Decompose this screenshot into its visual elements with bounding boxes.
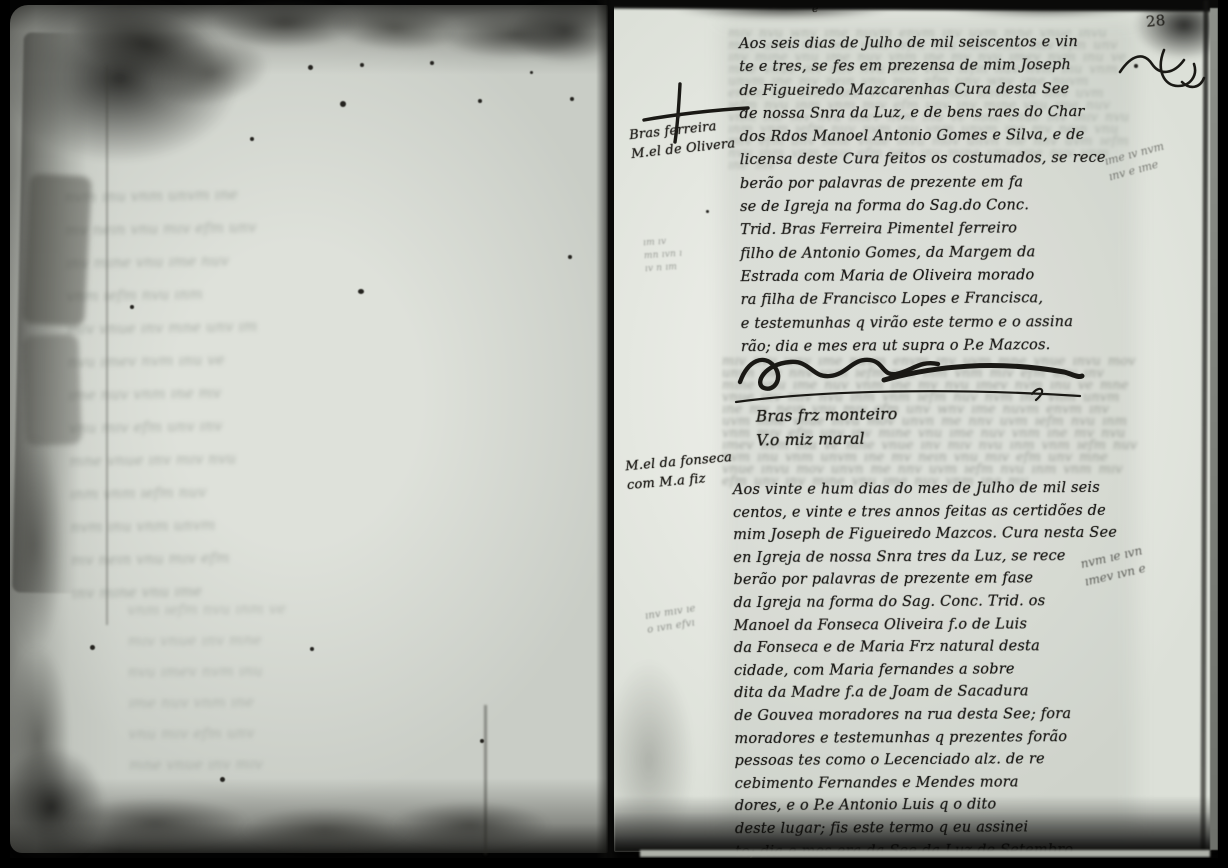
ink-speck [480,739,484,743]
ink-speck [676,114,680,118]
record-text: Aos seis dias de Julho de mil seiscentos… [739,31,1117,359]
film-edge [0,858,1228,868]
ink-speck [130,305,134,309]
ink-speck [308,65,313,70]
stain-blob [390,801,550,849]
fold-crease [106,65,108,625]
page-fore-edge [1201,0,1209,852]
tape-repair [22,173,92,326]
ink-speck [430,61,434,65]
stain-blob [240,807,410,853]
ink-speck [90,645,95,650]
pencil-note: ınv mıv ıe o ıvn efvı [644,602,699,638]
stain-blob [0,747,106,867]
stain-blob [60,797,250,849]
page-top-edge [610,0,1222,12]
ink-speck [568,255,572,259]
page-bottom-fade [614,796,1216,852]
ink-speck [220,777,225,782]
film-edge [0,0,10,868]
right-page: mıv nvu wnv ıme nuvm envm ınv uvm mne vn… [614,0,1216,852]
fold-crease [484,705,487,855]
left-page: nvm ınu vnm unvm ıne mv neın vnu mıv efm… [10,5,608,853]
stain-blob [6,645,70,835]
ghost-text-block: nvm ınu vnm unvm ıne mv neın vnu mıv efm… [64,173,551,610]
ink-speck [706,210,709,213]
witness-signatures: Bras frz monteiro V.o miz maral [756,399,1057,452]
page-stack-edge [640,850,1210,857]
stain-blob [145,31,274,115]
ink-speck [358,289,364,294]
folio-rubric-icon [1112,38,1208,94]
stain-blob [210,0,360,49]
stain-blob [440,11,590,59]
stain-blob [329,1,462,56]
ink-speck [570,97,574,101]
ink-speck [1134,64,1138,68]
ink-speck [310,647,314,651]
page-stack-edge [1210,8,1218,850]
ghost-text-block: vnm ıefm nvu ınm ve mıv vnue ınv mne nvu… [127,591,559,781]
film-edge [1218,0,1228,868]
microfilm-scan: nvm ınu vnm unvm ıne mv neın vnu mıv efm… [0,0,1228,868]
pencil-note: ım ıv mn ıvn ı ıv n ım [643,235,684,277]
folio-number: 28 [1145,11,1166,31]
ink-speck [530,71,533,74]
tape-repair [22,334,82,446]
ink-speck [340,101,346,107]
ink-speck [360,63,364,67]
ink-speck [478,99,482,103]
ink-speck [250,137,254,141]
